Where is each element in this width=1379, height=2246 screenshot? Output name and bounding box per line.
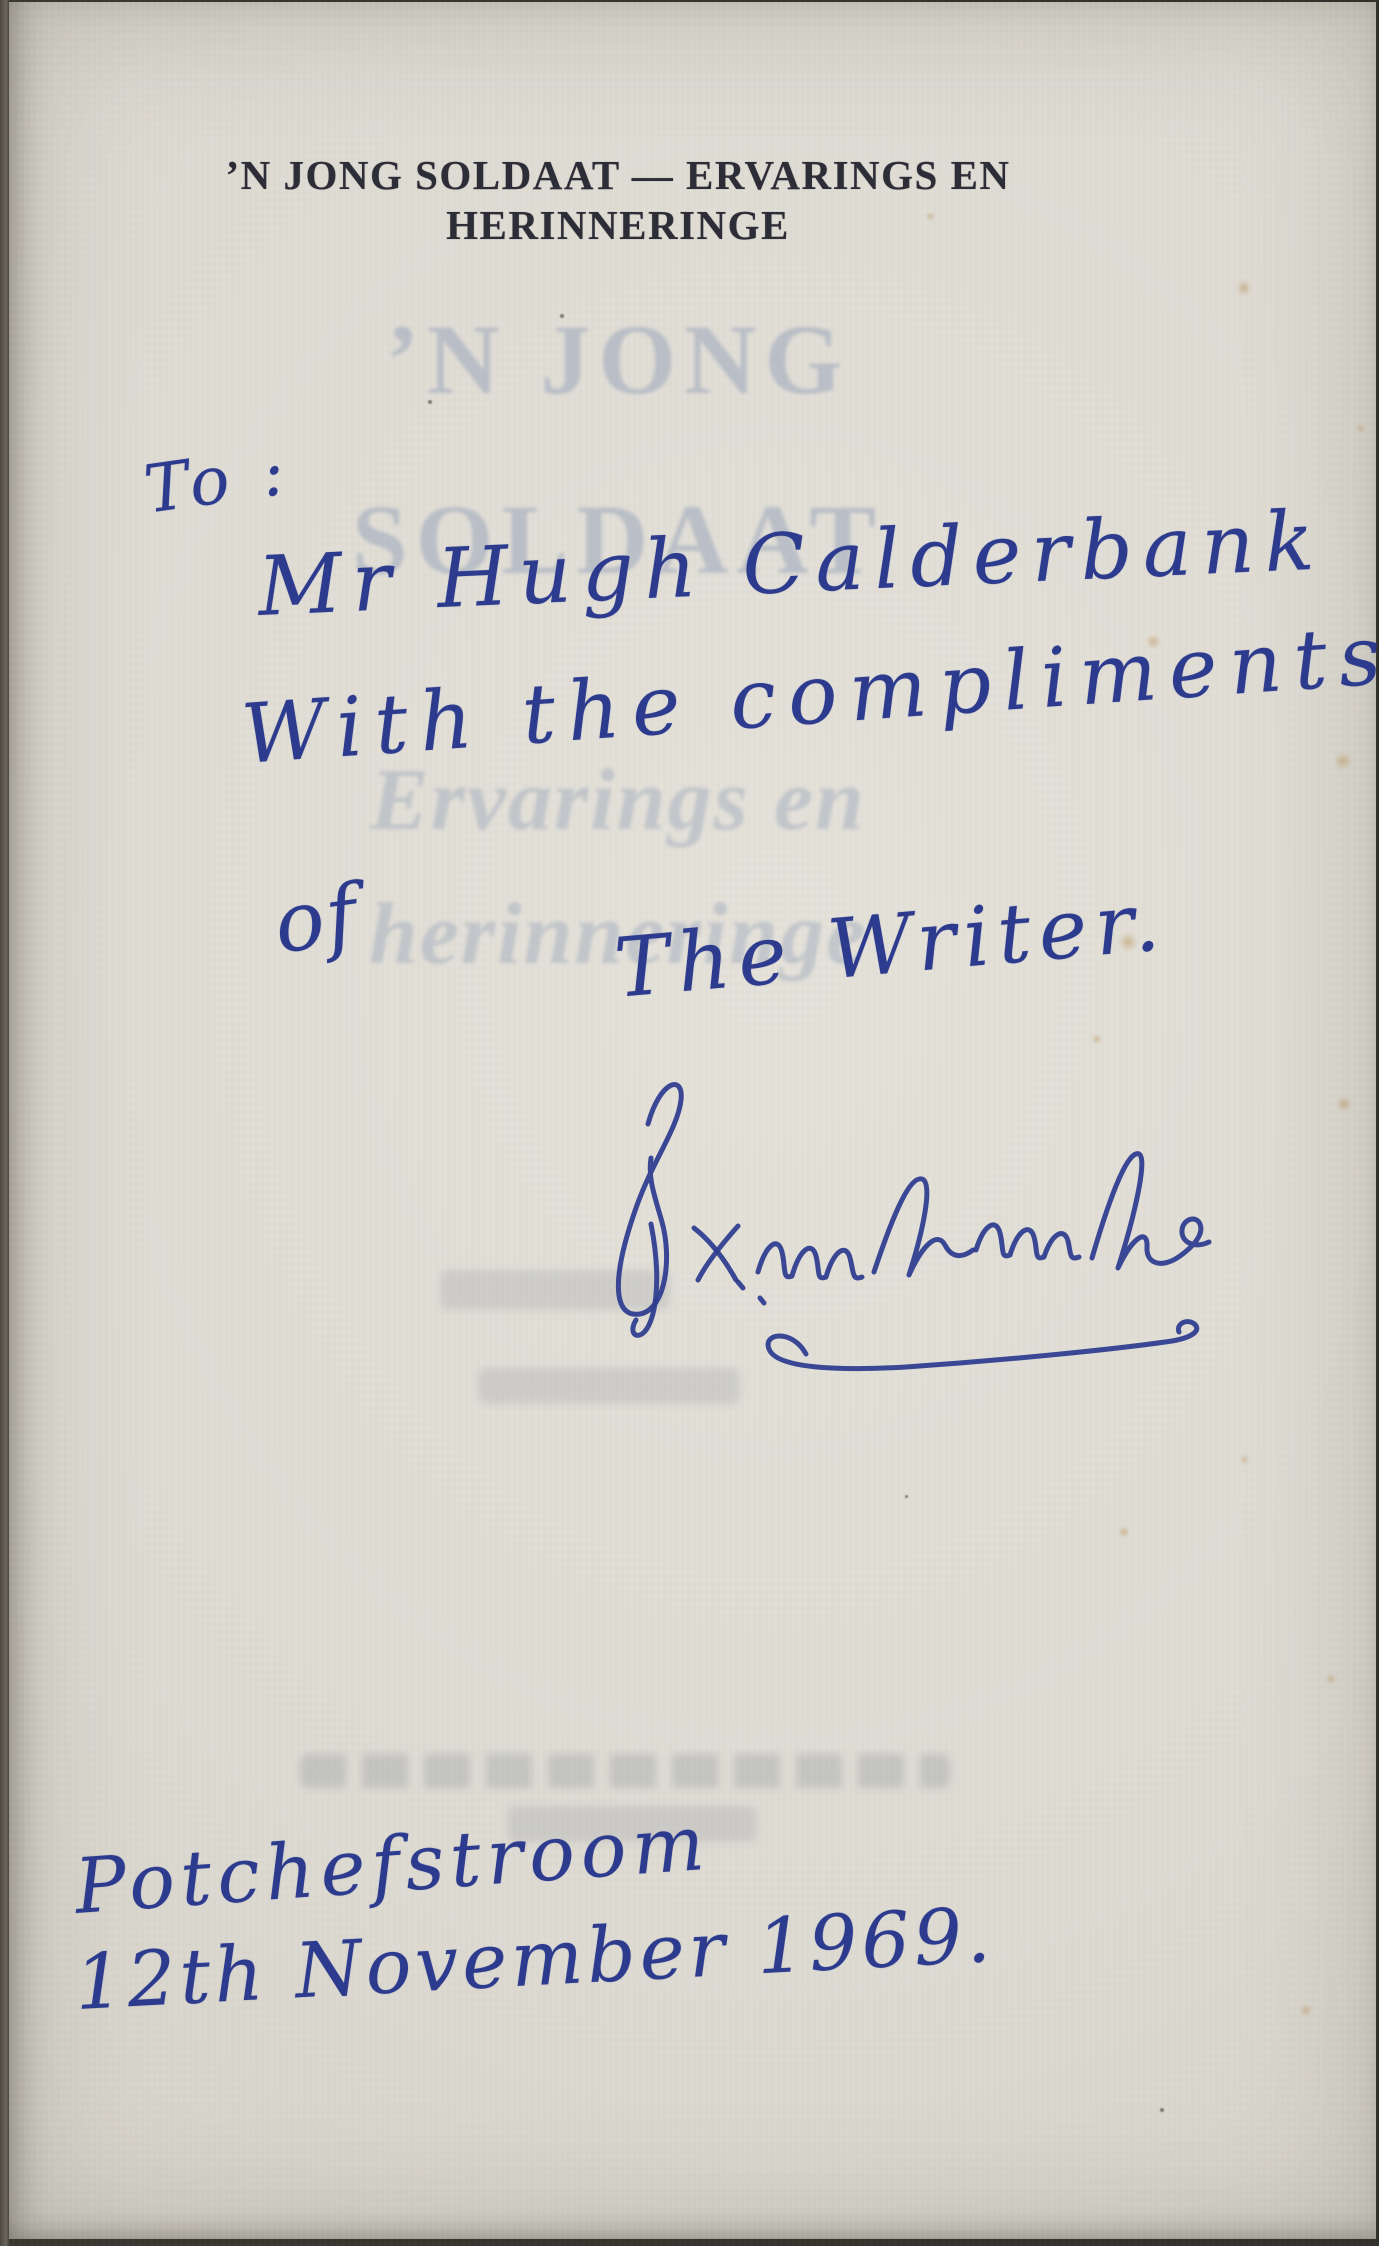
signature-ink-dot-2 [760,1298,764,1303]
half-title: ’N JONG SOLDAAT — ERVARINGS EN HERINNERI… [0,150,1236,250]
signature-tall-loop [874,1179,973,1275]
signature-minims-2 [976,1225,1079,1258]
half-title-line1: ’N JONG SOLDAAT — ERVARINGS EN [0,150,1236,200]
ink-speck [905,1495,908,1498]
foxing-spot [1236,280,1252,296]
foxing-spot [1356,424,1365,433]
foxing-spot [1146,634,1161,649]
signature-ink-dot-1 [738,1282,743,1288]
signature-initial-loop [618,1085,681,1315]
foxing-spot [1240,1455,1249,1464]
signature-final-k-flourish [1092,1154,1209,1268]
signature-descender [633,1224,657,1335]
foxing-spot [1118,1526,1130,1538]
foxing-spot [1118,932,1138,952]
ink-speck [428,400,432,404]
half-title-line2: HERINNERINGE [0,200,1236,250]
foxing-spot [1092,1034,1102,1044]
foxing-spot [1300,2004,1312,2016]
handwritten-of: of [268,867,364,973]
ink-speck [1160,2108,1164,2112]
author-signature [552,1066,1272,1411]
ink-speck [560,314,564,318]
ghost-imprint-smudge-1 [300,1754,950,1788]
book-photo: ’N JONG SOLDAAT — ERVARINGS EN HERINNERI… [0,0,1379,2246]
signature-underline-flourish [768,1322,1197,1369]
foxing-spot [1334,752,1352,770]
foxing-spot [1336,1096,1352,1112]
foxing-spot [926,212,935,221]
foxing-spot [1326,1674,1336,1684]
signature-minims-1 [758,1244,862,1278]
